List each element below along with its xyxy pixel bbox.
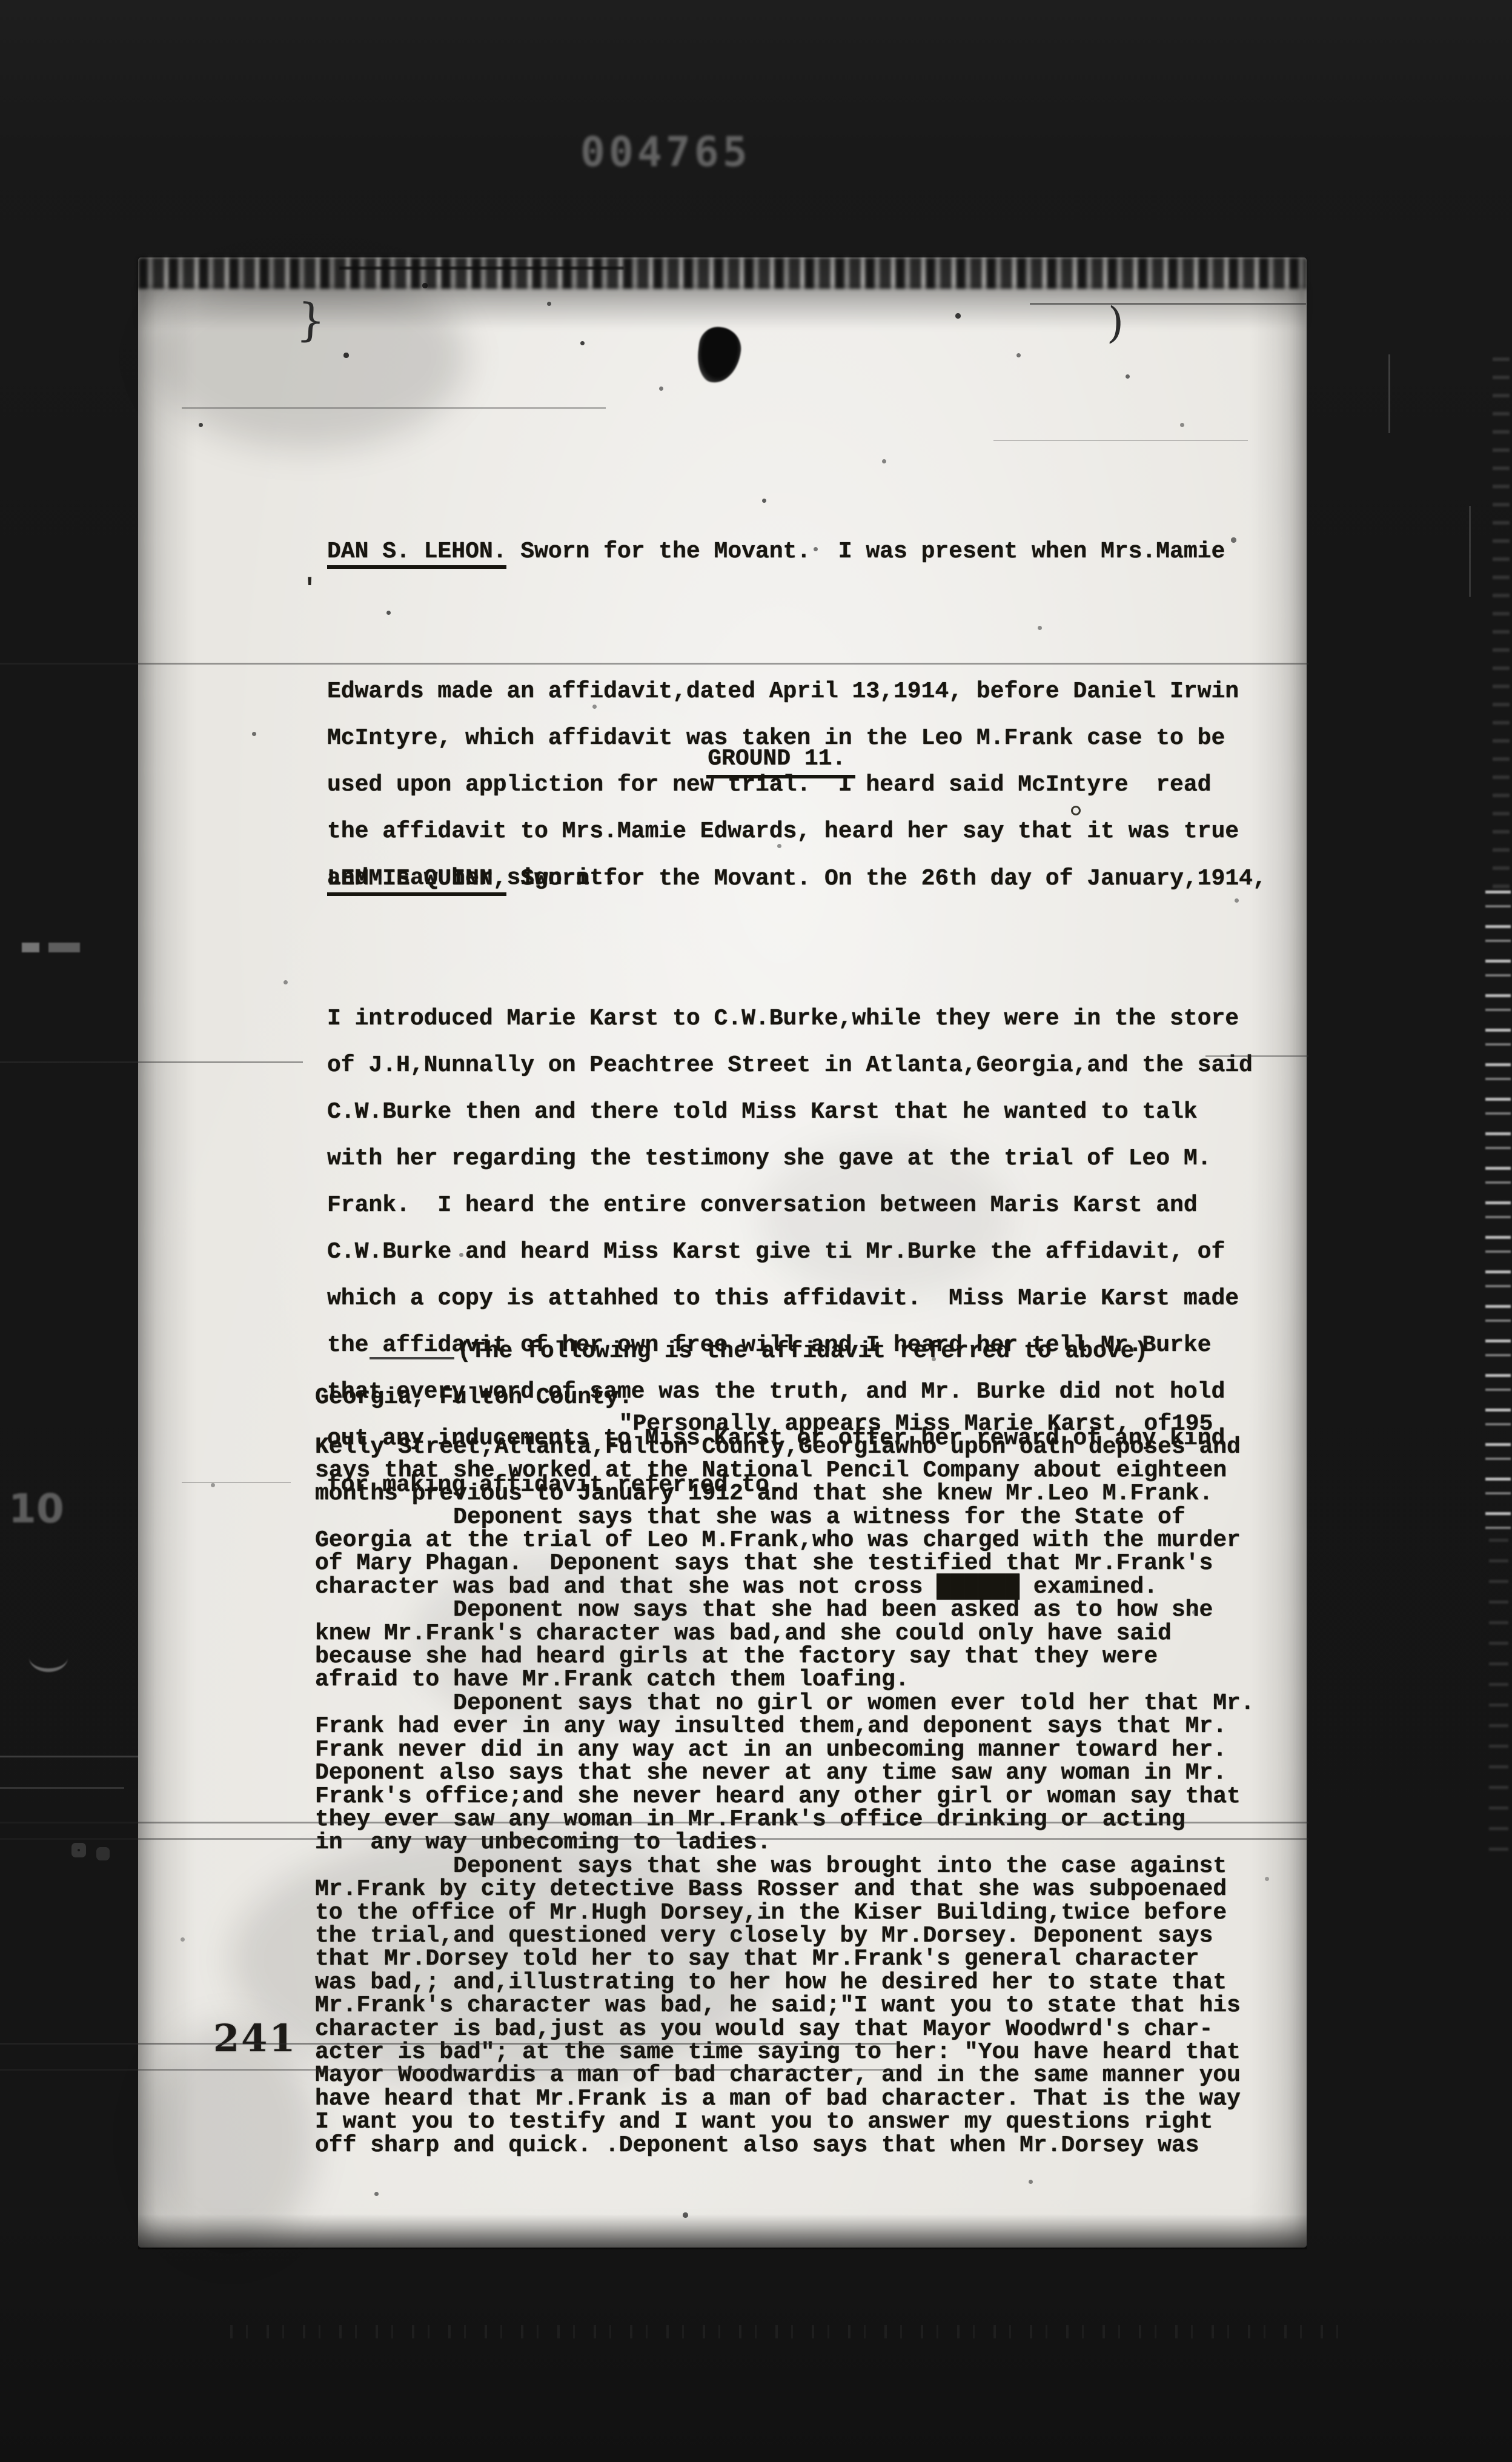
handwritten-paren-mark: ) xyxy=(1107,298,1125,348)
scan-line xyxy=(182,407,606,409)
typed-line: Edwards made an affidavit,dated April 13… xyxy=(327,668,1239,715)
scan-line xyxy=(339,267,624,270)
affidavit-intro-line: (The following is the affidavit referred… xyxy=(457,1340,1148,1363)
scan-line xyxy=(993,440,1248,441)
typed-line: months previous to January 1912 and that… xyxy=(315,1482,1255,1505)
scan-line xyxy=(1205,1055,1308,1057)
scan-line xyxy=(0,1838,1308,1840)
typed-line: with her regarding the testimony she gav… xyxy=(327,1135,1267,1182)
typed-line: of Mary Phagan. Deponent says that she t… xyxy=(315,1552,1255,1575)
typed-line: have heard that Mr.Frank is a man of bad… xyxy=(315,2088,1255,2111)
typed-line: in any way unbecoming to ladies. xyxy=(315,1831,1255,1854)
typed-line: C.W.Burke and heard Miss Karst give ti M… xyxy=(327,1229,1267,1275)
typed-line: "Personally appears Miss Marie Karst, of… xyxy=(315,1413,1255,1436)
typed-line: which a copy is attahhed to this affidav… xyxy=(327,1275,1267,1322)
film-edge-ticks xyxy=(230,2325,1345,2338)
margin-scratch xyxy=(29,1643,68,1672)
typed-line: off sharp and quick. .Deponent also says… xyxy=(315,2134,1255,2157)
typed-line: Georgia at the trial of Leo M.Frank,who … xyxy=(315,1529,1255,1552)
scan-line xyxy=(0,2069,897,2071)
typed-line: Mr.Frank's character was bad, he said;"I… xyxy=(315,1994,1255,2017)
film-edge-speckles xyxy=(1485,891,1511,1539)
film-edge-speckles xyxy=(1493,357,1510,891)
page-number: 241 xyxy=(213,2016,297,2060)
typed-line: Frank had ever in any way insulted them,… xyxy=(315,1715,1255,1738)
typed-line: Mayor Woodwardis a man of bad character,… xyxy=(315,2064,1255,2087)
typed-line: Frank. I heard the entire conversation b… xyxy=(327,1182,1267,1229)
typed-line: LEMMIE QUINN, Sworn for the Movant. On t… xyxy=(327,855,1267,902)
film-edge-speckles xyxy=(1489,1539,1508,1854)
paper-specks xyxy=(0,0,2,2)
margin-scratch: 10 xyxy=(8,1485,64,1532)
typed-line: Mr.Frank by city detective Bass Rosser a… xyxy=(315,1878,1255,1901)
typed-line: character is bad,just as you would say t… xyxy=(315,2018,1255,2041)
paper-bottom-shadow xyxy=(138,2214,1307,2249)
typed-line: Deponent says that she was brought into … xyxy=(315,1855,1255,1878)
scan-line xyxy=(1030,303,1306,305)
film-scratch xyxy=(1469,506,1471,597)
typed-line: Deponent also says that she never at any… xyxy=(315,1762,1255,1785)
microfilm-scan-background: 004765 DAN S. LEHON. Sworn for the Movan… xyxy=(0,0,1512,2462)
typed-line: Kelly Street,Atlanta,Fulton County,Georg… xyxy=(315,1436,1255,1459)
scan-line xyxy=(0,1061,303,1063)
typed-line: to the office of Mr.Hugh Dorsey,in the K… xyxy=(315,1902,1255,1925)
typed-line: they ever saw any woman in Mr.Frank's of… xyxy=(315,1808,1255,1831)
margin-quote-mark: ' xyxy=(302,574,317,605)
typed-line: the trial,and questioned very closely by… xyxy=(315,1925,1255,1948)
witness-name-underlined: LEMMIE QUINN, xyxy=(327,866,506,896)
margin-scratch xyxy=(22,943,80,952)
margin-scratch xyxy=(78,1849,80,1851)
county-line: Georgia, Fulton County. xyxy=(315,1386,633,1409)
typed-line: I want you to testify and I want you to … xyxy=(315,2111,1255,2134)
typed-line: of J.H,Nunnally on Peachtree Street in A… xyxy=(327,1042,1267,1089)
witness-name-underlined: DAN S. LEHON. xyxy=(327,539,506,569)
typed-line: Frank never did in any way act in an unb… xyxy=(315,1739,1255,1762)
typed-line: says that she worked at the National Pen… xyxy=(315,1459,1255,1482)
film-frame-stamp: 004765 xyxy=(580,128,751,176)
film-scratch xyxy=(1388,354,1390,433)
scan-line xyxy=(0,1822,1308,1823)
scan-line xyxy=(0,2043,897,2045)
typed-line: I introduced Marie Karst to C.W.Burke,wh… xyxy=(327,995,1267,1042)
handwritten-brace-mark: } xyxy=(296,294,327,347)
typed-line: Deponent now says that she had been aske… xyxy=(315,1599,1255,1622)
typed-line: because she had heard girls at the facto… xyxy=(315,1645,1255,1668)
affidavit-body: "Personally appears Miss Marie Karst, of… xyxy=(315,1413,1255,2157)
scan-line xyxy=(182,1482,291,1483)
typed-line: was bad,; and,illustrating to her how he… xyxy=(315,1971,1255,1994)
typed-line: knew Mr.Frank's character was bad,and sh… xyxy=(315,1622,1255,1645)
margin-scratch xyxy=(0,1756,139,1757)
typed-line: character was bad and that she was not c… xyxy=(315,1576,1255,1599)
intro-dash-mark xyxy=(370,1357,454,1359)
small-circle-mark xyxy=(1071,806,1081,815)
typed-line: Deponent says that no girl or women ever… xyxy=(315,1692,1255,1715)
typed-line: C.W.Burke then and there told Miss Karst… xyxy=(327,1089,1267,1135)
scan-line xyxy=(0,663,1308,665)
typed-line: Deponent says that she was a witness for… xyxy=(315,1506,1255,1529)
typed-line: DAN S. LEHON. Sworn for the Movant. I wa… xyxy=(327,528,1239,575)
typed-line: Frank's office;and she never heard any o… xyxy=(315,1785,1255,1808)
typed-line: that Mr.Dorsey told her to say that Mr.F… xyxy=(315,1948,1255,1971)
typed-line: afraid to have Mr.Frank catch them loafi… xyxy=(315,1668,1255,1691)
margin-scratch xyxy=(0,1787,124,1789)
